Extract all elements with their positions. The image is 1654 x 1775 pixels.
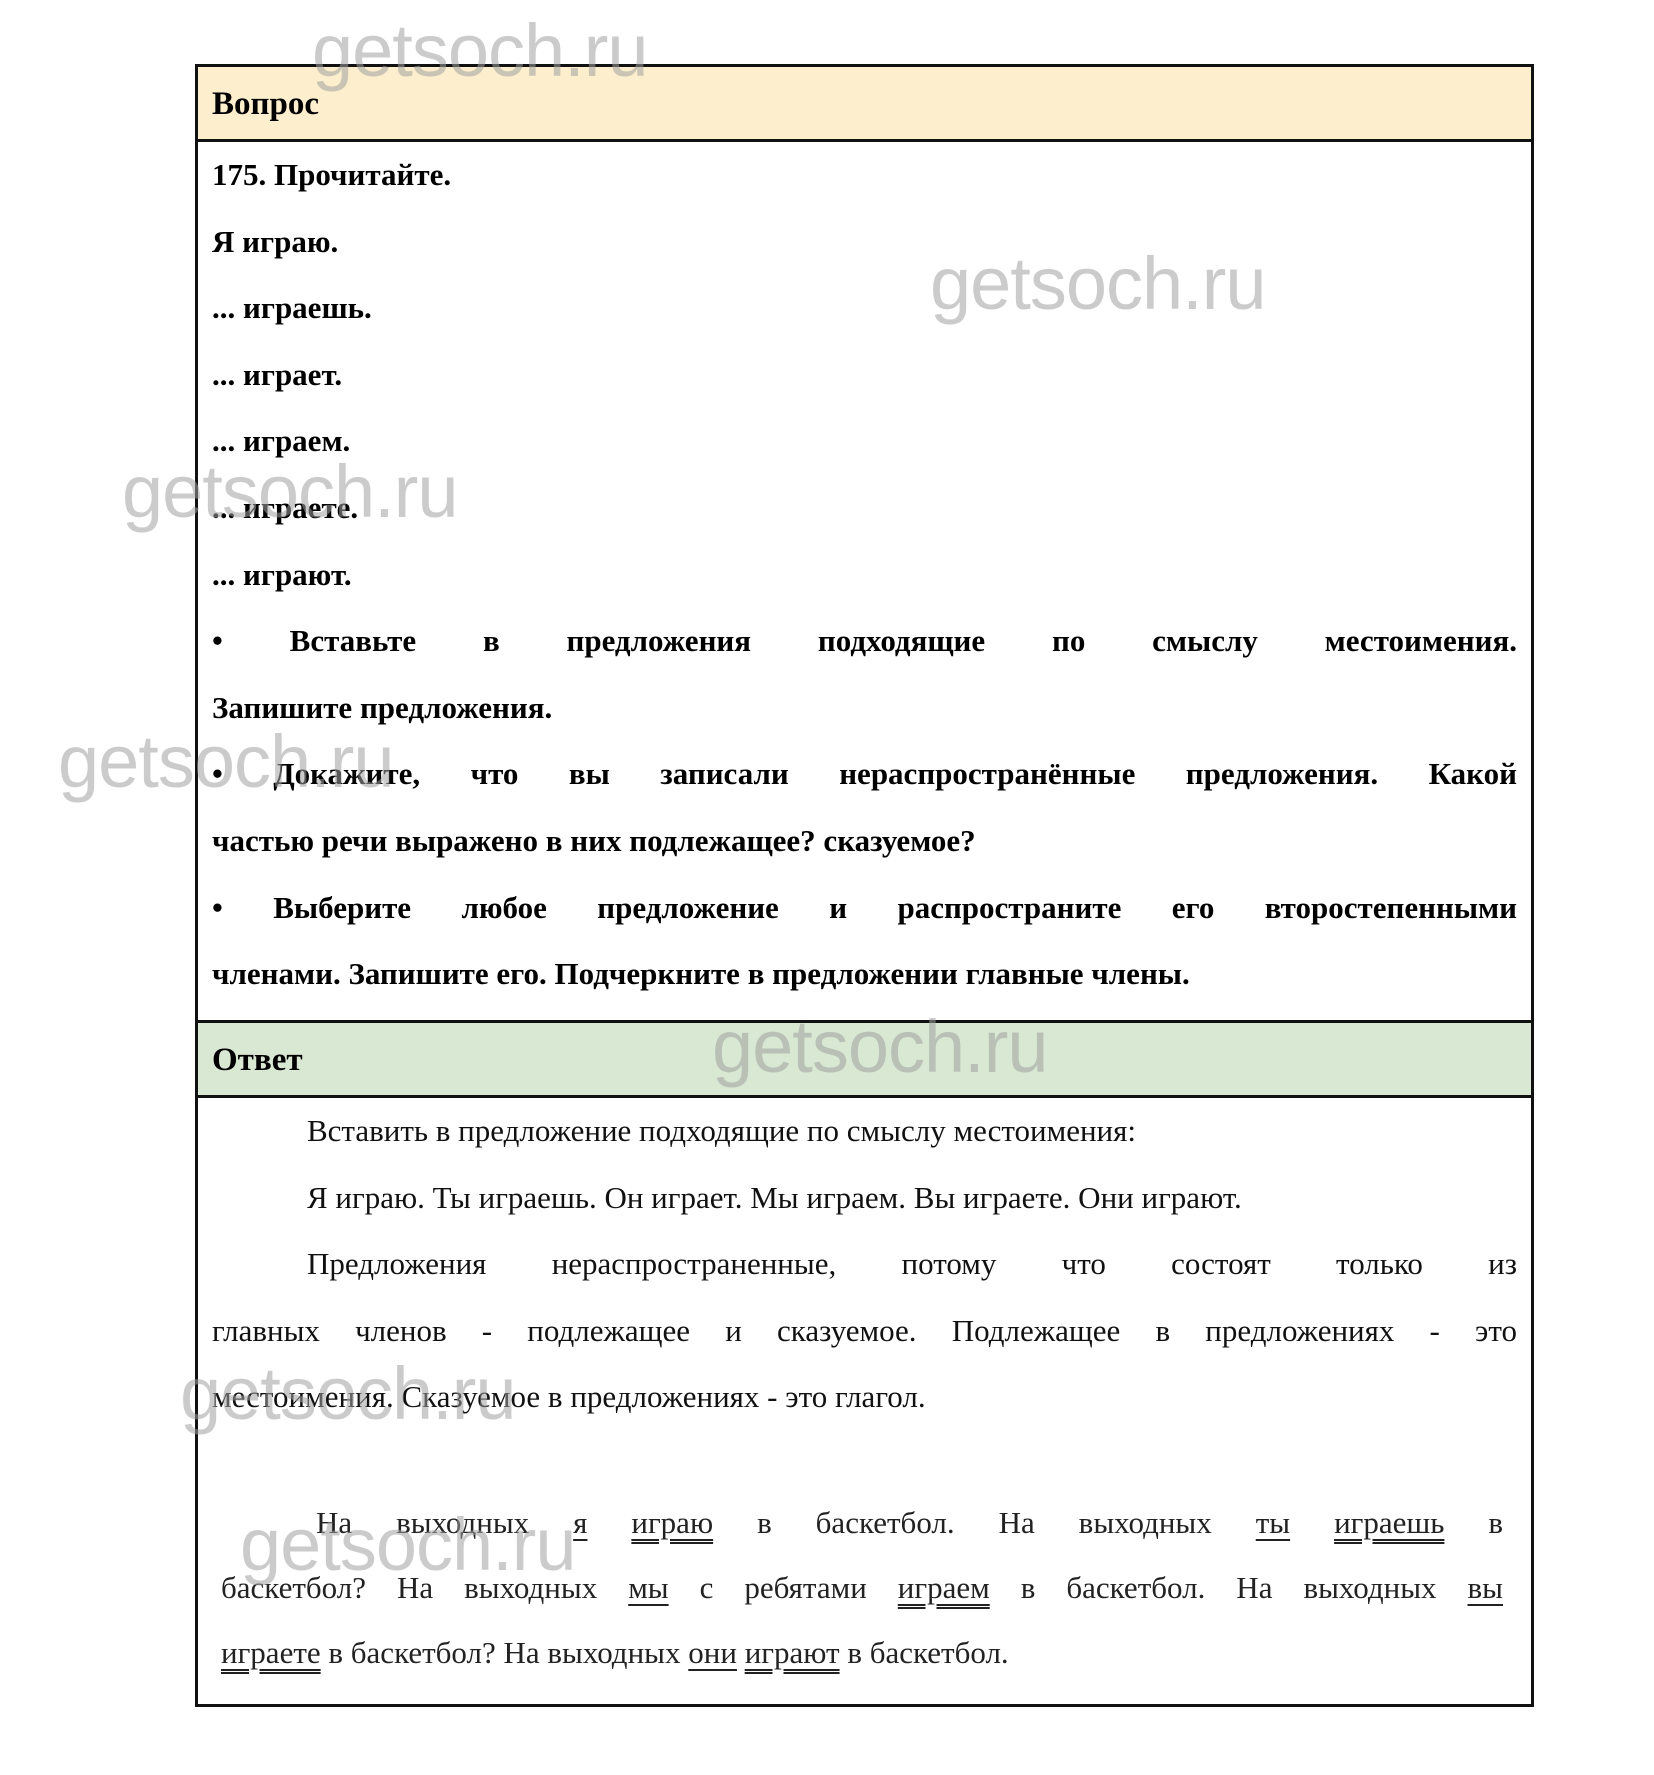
exercise-line: ... играют. bbox=[212, 542, 1517, 609]
example-line-1: На выходных я играю в баскетбол. На выхо… bbox=[221, 1490, 1503, 1555]
exercise-title: 175. Прочитайте. bbox=[212, 142, 1517, 209]
subject-word: они bbox=[688, 1635, 737, 1670]
question-header: Вопрос bbox=[198, 67, 1531, 142]
exercise-line: Я играю. bbox=[212, 209, 1517, 276]
exercise-line: ... играешь. bbox=[212, 275, 1517, 342]
answer-paragraph-2: Я играю. Ты играешь. Он играет. Мы играе… bbox=[212, 1165, 1517, 1232]
subject-word: мы bbox=[628, 1570, 668, 1605]
sentence-text: На выходных bbox=[316, 1505, 573, 1540]
subject-word: ты bbox=[1256, 1505, 1290, 1540]
predicate-word: играешь bbox=[1334, 1505, 1444, 1540]
example-sentences: На выходных я играю в баскетбол. На выхо… bbox=[221, 1490, 1503, 1685]
subject-word: я bbox=[573, 1505, 587, 1540]
sentence-text: с ребятами bbox=[669, 1570, 898, 1605]
task-1-line-2: Запишите предложения. bbox=[212, 675, 1517, 742]
answer-body: Вставить в предложение подходящие по смы… bbox=[212, 1098, 1517, 1431]
exercise-line: ... играете. bbox=[212, 475, 1517, 542]
predicate-word: играем bbox=[898, 1570, 990, 1605]
sentence-text bbox=[1290, 1505, 1334, 1540]
sentence-text: в баскетбол. На выходных bbox=[990, 1570, 1468, 1605]
answer-paragraph-3-line-3: местоимения. Сказуемое в предложениях - … bbox=[212, 1364, 1517, 1431]
task-2-line-2: частью речи выражено в них подлежащее? с… bbox=[212, 808, 1517, 875]
predicate-word: играю bbox=[631, 1505, 713, 1540]
sentence-text: в bbox=[1444, 1505, 1503, 1540]
predicate-word: играете bbox=[221, 1635, 321, 1670]
task-3-line-2: членами. Запишите его. Подчеркните в пре… bbox=[212, 941, 1517, 1008]
task-2-line-1: • Докажите, что вы записали нераспростра… bbox=[212, 741, 1517, 808]
answer-header: Ответ bbox=[198, 1020, 1531, 1098]
exercise-line: ... играет. bbox=[212, 342, 1517, 409]
answer-paragraph-1: Вставить в предложение подходящие по смы… bbox=[212, 1098, 1517, 1165]
answer-paragraph-3-line-1: Предложения нераспространенные, потому ч… bbox=[212, 1231, 1517, 1298]
example-line-3: играете в баскетбол? На выходных они игр… bbox=[221, 1620, 1503, 1685]
question-body: 175. Прочитайте. Я играю. ... играешь. .… bbox=[212, 142, 1517, 1008]
task-3-line-1: • Выберите любое предложение и распростр… bbox=[212, 875, 1517, 942]
subject-word: вы bbox=[1468, 1570, 1503, 1605]
example-line-2: баскетбол? На выходных мы с ребятами игр… bbox=[221, 1555, 1503, 1620]
sentence-text bbox=[587, 1505, 631, 1540]
predicate-word: играют bbox=[745, 1635, 840, 1670]
sentence-text: в баскетбол. bbox=[840, 1635, 1009, 1670]
sentence-text: баскетбол? На выходных bbox=[221, 1570, 628, 1605]
sentence-text: в баскетбол. На выходных bbox=[713, 1505, 1256, 1540]
exercise-line: ... играем. bbox=[212, 408, 1517, 475]
sentence-text bbox=[737, 1635, 745, 1670]
qa-card: Вопрос 175. Прочитайте. Я играю. ... игр… bbox=[195, 64, 1534, 1707]
task-1-line-1: • Вставьте в предложения подходящие по с… bbox=[212, 608, 1517, 675]
sentence-text: в баскетбол? На выходных bbox=[321, 1635, 689, 1670]
answer-paragraph-3-line-2: главных членов - подлежащее и сказуемое.… bbox=[212, 1298, 1517, 1365]
